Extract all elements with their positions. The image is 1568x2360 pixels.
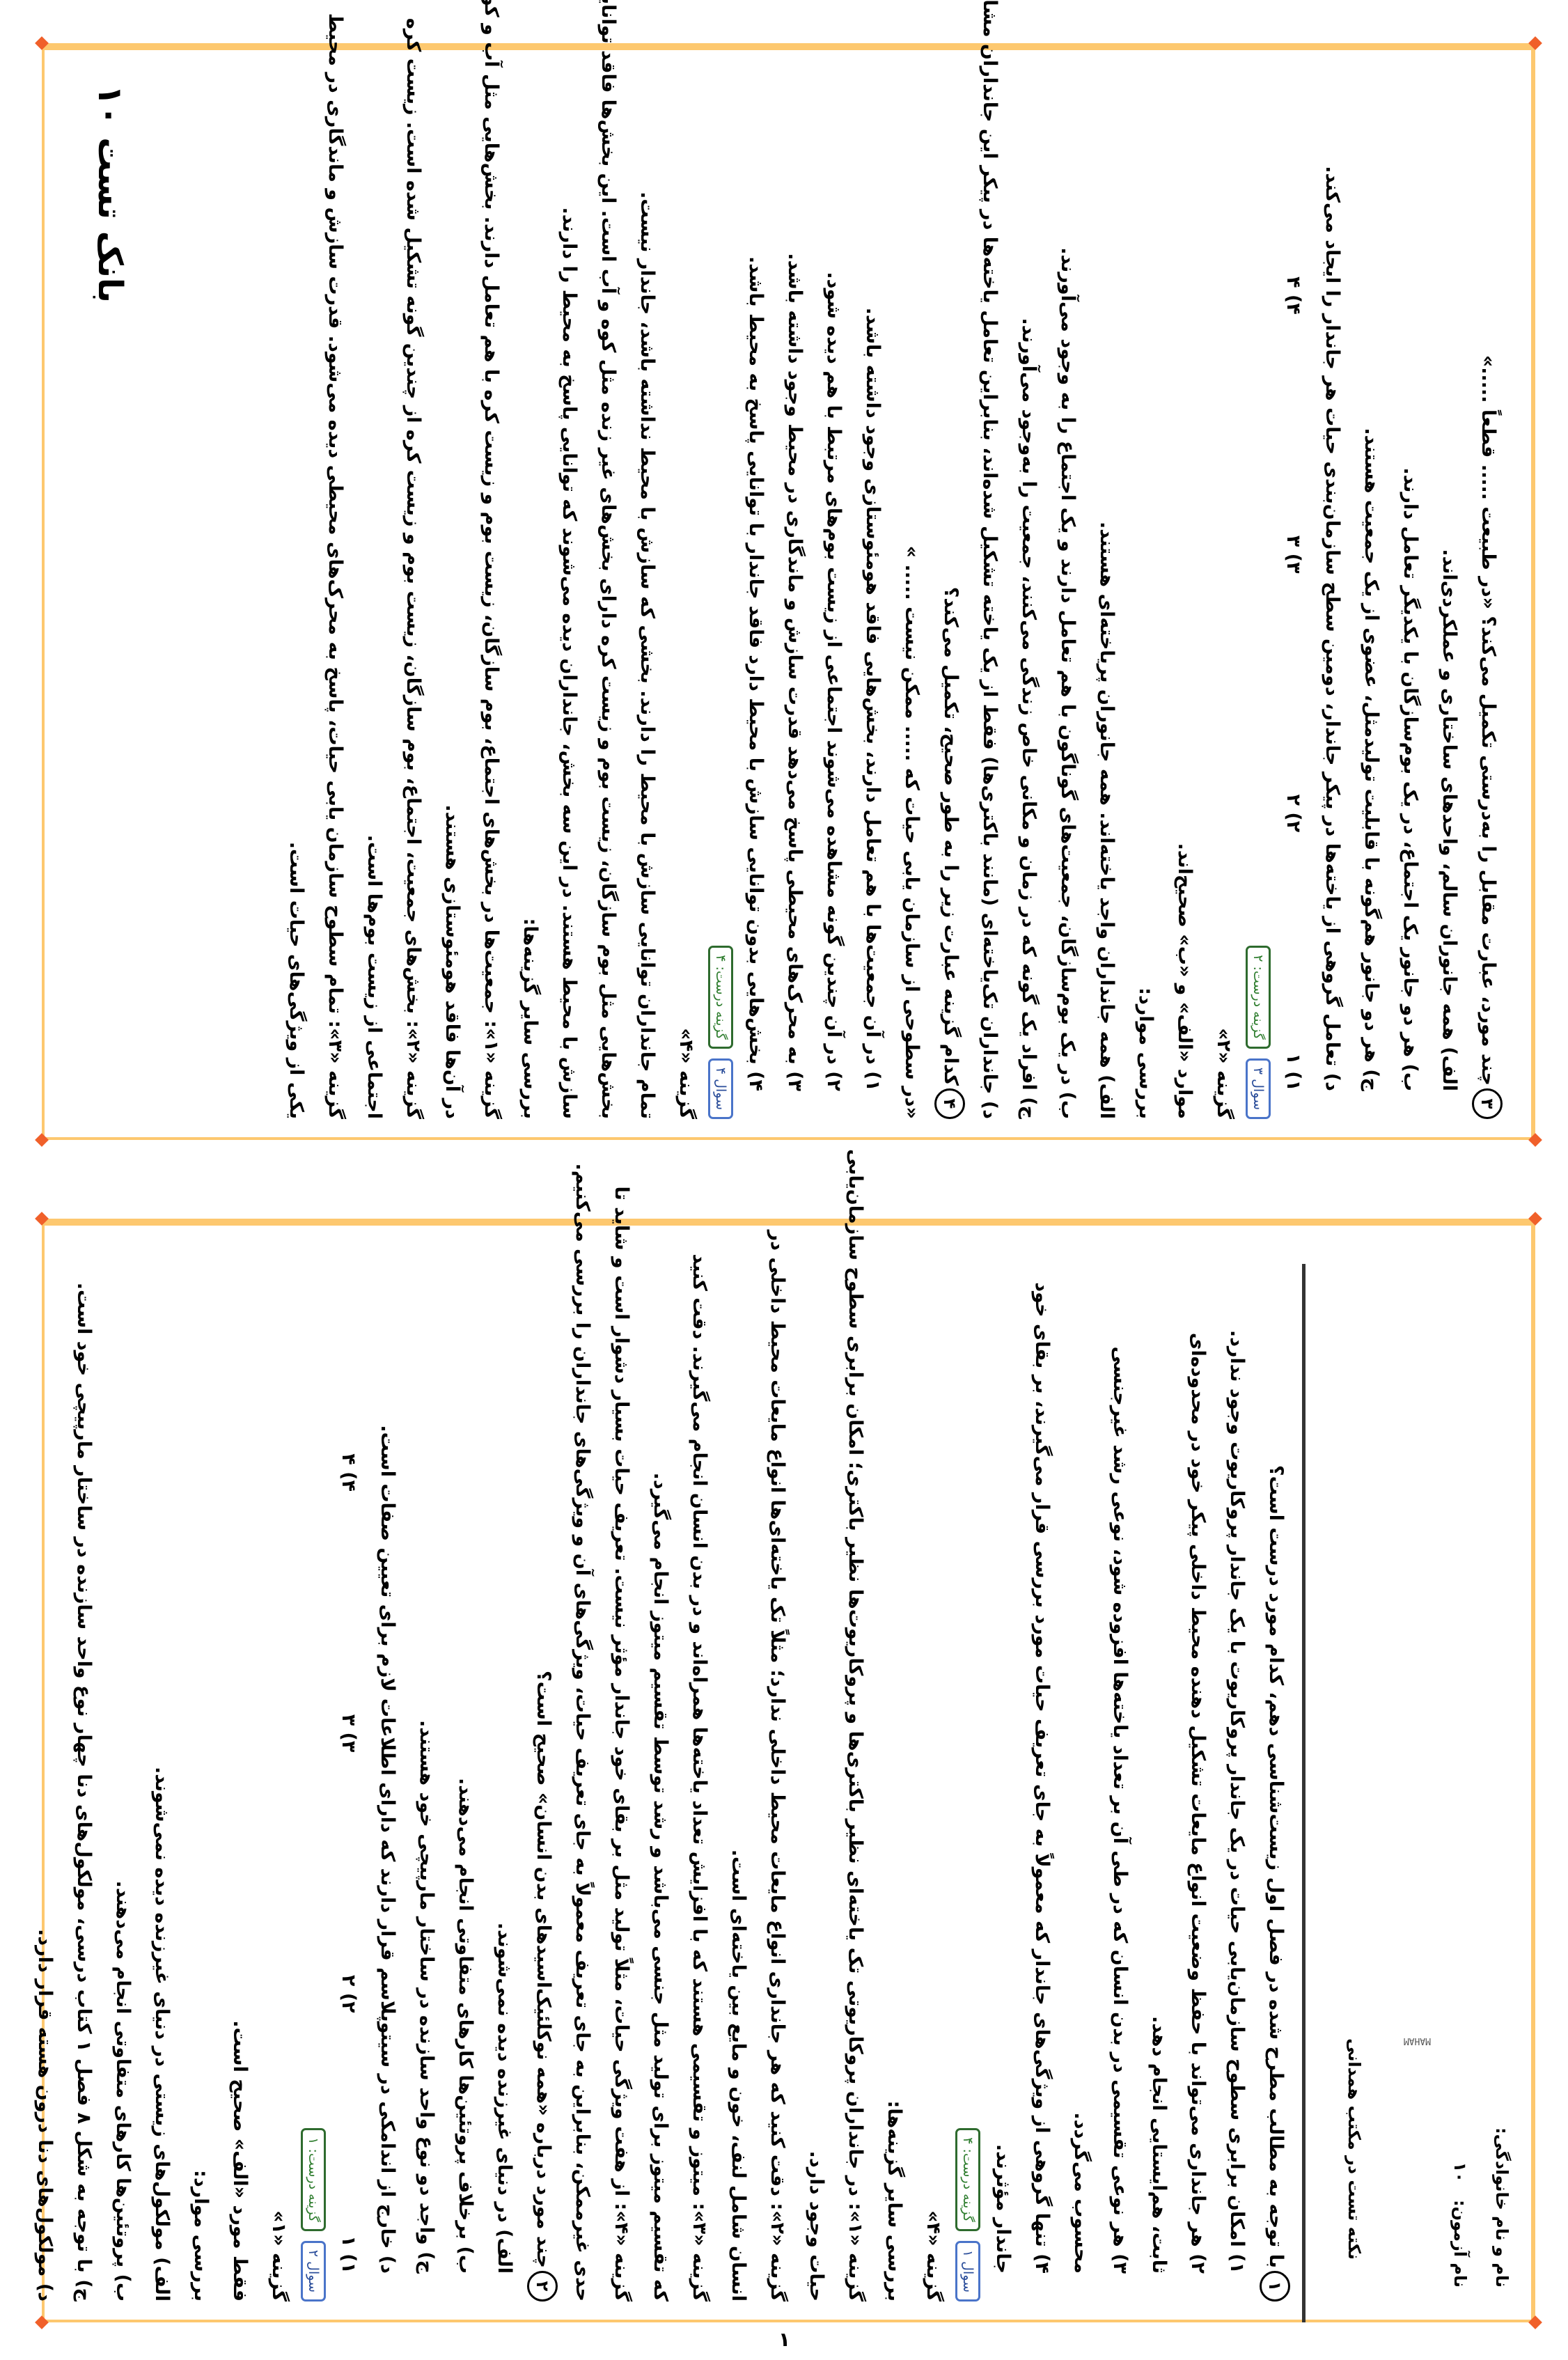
question-item: ب) هر دو جانور یک اجتماع، در یک بوم‌سازگ… bbox=[1390, 75, 1429, 1119]
question-stem: ۴کدام گزینه عبارت زیر را به طور صحیح، تک… bbox=[931, 75, 970, 1119]
explanation-line: ج) با توجه به شکل ۸ فصل ۱ کتاب درسی، مول… bbox=[64, 1250, 103, 2302]
question-item: ج) هر دو جانور هم‌گونه با قابلیت تولیدمث… bbox=[1351, 75, 1390, 1119]
explanation-line: سازش با محیط هستند. در این سه بخش، جاندا… bbox=[549, 75, 588, 1119]
option[interactable]: ۲) هر جانداری می‌تواند با حفظ وضعیت انوا… bbox=[1178, 1250, 1217, 2302]
badge-row: سوال ۴ گزینه درست: ۴ bbox=[708, 75, 733, 1119]
option[interactable]: ۱) ۱ bbox=[1273, 1053, 1312, 1091]
explanation-line: که تقسیم میتوز برای تولید مثل جنسی می‌با… bbox=[641, 1250, 680, 2302]
answer-heading: گزینه «۱» bbox=[259, 1250, 298, 2302]
explanation-line: ج) افراد یک گونه که در زمان و مکانی خاص … bbox=[1009, 75, 1048, 1119]
page-bottom-sheet: نام و نام خانوادگی: نام آزمون: ۱۰ MAHAM … bbox=[42, 1219, 1535, 2322]
footer-slogan: نکته تست در مکتب همدانی bbox=[1333, 2038, 1375, 2260]
exam-field: نام آزمون: ۱۰ bbox=[1439, 1800, 1481, 2288]
explanation-line: بررسی موارد: bbox=[1126, 75, 1165, 1119]
frame-border bbox=[1531, 1219, 1535, 2322]
question-number: ۴ bbox=[935, 1088, 966, 1119]
explanation-line: بررسی موارد: bbox=[181, 1250, 220, 2302]
question-badge: سوال ۲ bbox=[301, 2241, 326, 2302]
question-item: الف) همه جانوران سالم، واحدهای ساختاری و… bbox=[1429, 75, 1468, 1119]
frame-border bbox=[42, 2320, 1535, 2322]
frame-border bbox=[42, 43, 45, 1140]
question-item: د) خارج از اندامکی در سیتوپلاسم قرار دار… bbox=[368, 1250, 407, 2302]
explanation-line: گزینه «۱»: جمعیت‌ها در بخش‌های اجتماع، ب… bbox=[471, 75, 510, 1119]
question-number: ۱ bbox=[1260, 2271, 1291, 2302]
page-title: بانک تست ۱۰ bbox=[91, 85, 130, 303]
option[interactable]: ۴) ۴ bbox=[1273, 276, 1312, 315]
question-item: د) تعامل گروهی از یاخته‌ها در پیکر جاندا… bbox=[1312, 75, 1351, 1119]
explanation-line: بررسی سایر گزینه‌ها: bbox=[510, 75, 549, 1119]
explanation-line: حدی غیرممکن، بنابراین به جای تعریف معمول… bbox=[563, 1250, 602, 2302]
answer-badge: گزینه درست: ۱ bbox=[301, 2128, 326, 2231]
explanation-line: ب) پروتئین‌ها کارهای متفاوتی انجام می‌ده… bbox=[103, 1250, 142, 2302]
explanation-line: بررسی سایر گزینه‌ها: bbox=[875, 1250, 914, 2302]
question-badge: سوال ۱ bbox=[955, 2241, 980, 2302]
question-item: ب) برخلاف پروتئین‌ها کارهای متفاوتی انجا… bbox=[446, 1250, 485, 2302]
badge-row: سوال ۲ گزینه درست: ۱ bbox=[301, 1250, 326, 2302]
corner-diamond bbox=[35, 2315, 49, 2329]
explanation-line: گزینه «۲»: بخش‌های جمعیت، اجتماع، بوم سا… bbox=[393, 75, 432, 1119]
answer-options: ۱) ۱ ۲) ۲ ۳) ۳ ۴) ۴ bbox=[329, 1453, 368, 2302]
page-number: ۱ bbox=[778, 2328, 790, 2351]
frame-border bbox=[42, 1219, 1535, 1226]
option-continuation: ثابت، هم‌ایستایی انجام دهد. bbox=[1139, 1250, 1178, 2302]
explanation-line: گزینه «۳»: میتوز و تقسیمی هستند که با اف… bbox=[680, 1250, 719, 2302]
option[interactable]: ۱) امکان برابری سطوح سازمان‌یابی حیات در… bbox=[1217, 1250, 1256, 2302]
frame-border bbox=[42, 43, 1535, 50]
explanation-line: گزینه «۴»: از هفت ویژگی حیات، مثلاً تولی… bbox=[602, 1250, 641, 2302]
explanation-line: حیات وجود دارد. bbox=[797, 1250, 836, 2302]
explanation-line: ب) در یک بوم‌سازگان، جمعیت‌های گوناگون ب… bbox=[1048, 75, 1087, 1119]
explanation-line: در آن‌ها فاقد هومئوستازی هستند. bbox=[432, 75, 471, 1119]
explanation-line: گزینه «۲»: دقت کنید که هر جانداری انواع … bbox=[758, 1250, 797, 2302]
name-field[interactable]: نام و نام خانوادگی: bbox=[1481, 1800, 1523, 2288]
option[interactable]: ۲) در آن چندین گونه مشاهده می‌شوند اجتما… bbox=[814, 75, 853, 1119]
explanation-line: بخش‌هایی مثل بوم سازگان، زیست بوم و زیست… bbox=[588, 75, 627, 1119]
option[interactable]: ۱) در آن جمعیت‌ها با هم تعامل دارند، بخش… bbox=[853, 75, 892, 1119]
question-column: ۳چند مورد، عبارت مقابل را به‌درستی تکمیل… bbox=[276, 75, 1507, 1119]
answer-badge: گزینه درست: ۲ bbox=[1246, 946, 1271, 1049]
explanation-line: گزینه «۳»: تمام سطوح سازمان یابی حیات، پ… bbox=[315, 75, 354, 1119]
question-stem: ۳چند مورد، عبارت مقابل را به‌درستی تکمیل… bbox=[1468, 75, 1507, 1119]
answer-options: ۱) ۱ ۲) ۲ ۳) ۳ ۴) ۴ bbox=[1273, 276, 1312, 1119]
question-column: ۱با توجه به مطالب مطرح شده در فصل اول زی… bbox=[25, 1250, 1295, 2302]
header-divider bbox=[1302, 1264, 1306, 2322]
explanation-line: یکی از ویژگی‌های حیات است. bbox=[276, 75, 315, 1119]
option[interactable]: ۴) ۴ bbox=[329, 1453, 368, 1492]
answer-heading: گزینه «۲» bbox=[1204, 75, 1243, 1119]
answer-badge: گزینه درست: ۴ bbox=[955, 2128, 980, 2231]
explanation-line: الف) همه جانداران واجد یاخته‌اند. همه جا… bbox=[1087, 75, 1126, 1119]
option[interactable]: ۲) ۲ bbox=[1273, 795, 1312, 833]
option[interactable]: ۳) ۳ bbox=[1273, 536, 1312, 574]
explanation-line: تمام جانداران توانایی سازش با محیط را دا… bbox=[627, 75, 666, 1119]
page-top-sheet: بانک تست ۱۰ ۳چند مورد، عبارت مقابل را به… bbox=[42, 43, 1535, 1140]
question-badge: سوال ۳ bbox=[1246, 1058, 1271, 1119]
question-stem: ۱با توجه به مطالب مطرح شده در فصل اول زی… bbox=[1256, 1250, 1295, 2302]
option[interactable]: ۴) بخش‌هایی بدون توانایی سازش با محیط دا… bbox=[736, 75, 775, 1119]
corner-diamond bbox=[35, 1133, 49, 1147]
explanation-line: د) مولکول‌های دنا درون هسته قرار دارد. bbox=[25, 1250, 64, 2302]
option[interactable]: ۳) به محرک‌های محیطی پاسخ می‌دهد قدرت سا… bbox=[775, 75, 814, 1119]
question-item: الف) در دنیای غیرزنده دیده نمی‌شوند. bbox=[485, 1250, 524, 2302]
badge-row: سوال ۳ گزینه درست: ۲ bbox=[1246, 75, 1271, 1119]
frame-border bbox=[1531, 43, 1535, 1140]
answer-heading: گزینه «۴» bbox=[666, 75, 705, 1119]
question-number: ۲ bbox=[528, 2271, 558, 2302]
question-number: ۳ bbox=[1473, 1088, 1503, 1119]
answer-heading: گزینه «۴» bbox=[914, 1250, 952, 2302]
question-item: ج) واجد دو نوع واحد سازنده در ساختار مار… bbox=[407, 1250, 446, 2302]
option[interactable]: ۱) ۱ bbox=[329, 2235, 368, 2274]
badge-row: سوال ۱ گزینه درست: ۴ bbox=[955, 1250, 980, 2302]
explanation-line: اجتماعی از زیست بوم‌ها است. bbox=[354, 75, 393, 1119]
explanation-line: الف) مولکول‌های زیستی در دنیای غیرزنده د… bbox=[142, 1250, 181, 2302]
explanation-line: گزینه «۱»: در جانداران پروکاریوتی تک یاخ… bbox=[836, 1250, 875, 2302]
answer-badge: گزینه درست: ۴ bbox=[708, 946, 733, 1049]
question-stem: ۲چند مورد درباره «همه نوکلئیک‌اسیدهای بد… bbox=[524, 1250, 563, 2302]
frame-border bbox=[42, 1137, 1535, 1140]
explanation-line: فقط مورد «الف» صحیح است. bbox=[220, 1250, 259, 2302]
explanation-line: موارد «الف» و «ب» صحیح‌اند. bbox=[1165, 75, 1204, 1119]
option[interactable]: ۳) ۳ bbox=[329, 1714, 368, 1753]
option[interactable]: ۴) تنها گروهی از ویژگی‌های جاندار که معم… bbox=[1022, 1250, 1061, 2302]
student-info: نام و نام خانوادگی: نام آزمون: ۱۰ bbox=[1439, 1800, 1523, 2288]
question-sub-stem: «در سطوحی از سازمان یابی حیات که ..... م… bbox=[892, 75, 931, 1119]
option[interactable]: ۲) ۲ bbox=[329, 1975, 368, 2013]
maham-logo: MAHAM bbox=[1401, 2030, 1431, 2051]
option-continuation: جاندار مؤثرند. bbox=[983, 1250, 1022, 2302]
exam-number: ۱۰ bbox=[1450, 2162, 1470, 2182]
option[interactable]: ۳) هر نوعی تقسیمی در بدن انسان که در طی … bbox=[1100, 1250, 1139, 2302]
question-badge: سوال ۴ bbox=[708, 1058, 733, 1119]
explanation-line: انسان شامل لنف، خون و مایع بین یاخته‌ای … bbox=[719, 1250, 758, 2302]
explanation-line: د) جانداران تک‌یاخته‌ای (مانند باکتری‌ها… bbox=[970, 75, 1009, 1119]
option-continuation: محسوب می‌گردد. bbox=[1061, 1250, 1100, 2302]
